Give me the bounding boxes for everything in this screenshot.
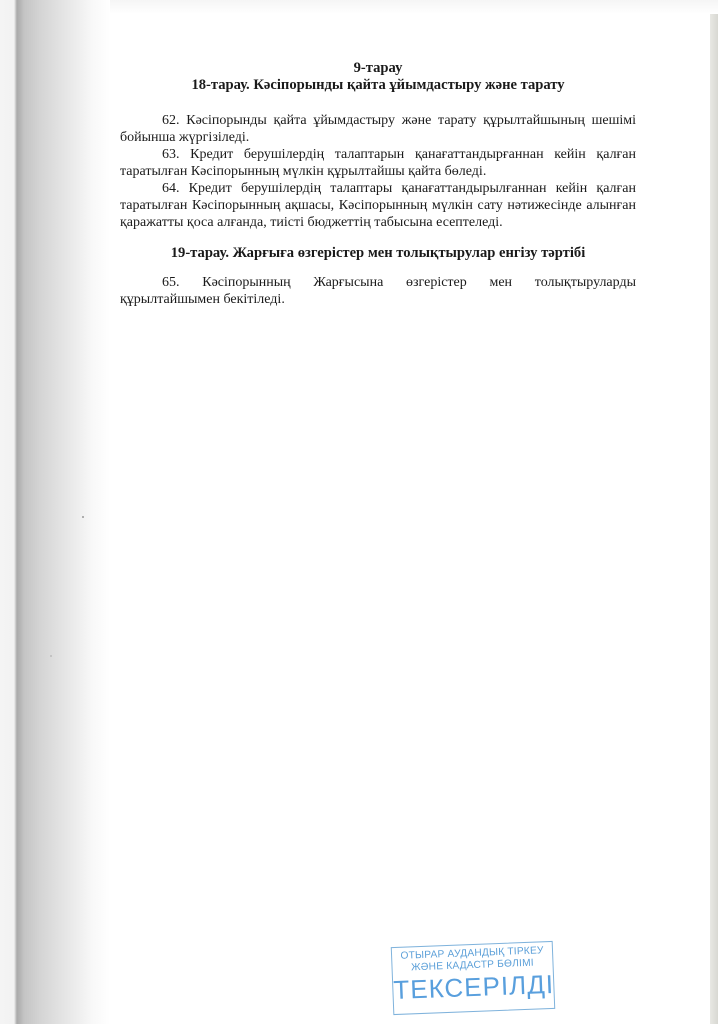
registration-stamp: ОТЫРАР АУДАНДЫҚ ТІРКЕУ ЖӘНЕ КАДАСТР БӨЛІ…: [391, 941, 555, 1015]
paragraph-65: 65. Кәсіпорынның Жарғысына өзгерістер ме…: [120, 274, 636, 308]
paragraph-62: 62. Кәсіпорынды қайта ұйымдастыру және т…: [120, 112, 636, 146]
spacer: [120, 94, 636, 112]
scan-speck: [82, 516, 84, 518]
document-page: 9-тарау 18-тарау. Кәсіпорынды қайта ұйым…: [120, 60, 636, 308]
spacer: [120, 262, 636, 274]
chapter-18-title: 18-тарау. Кәсіпорынды қайта ұйымдастыру …: [120, 77, 636, 94]
spacer: [120, 231, 636, 245]
scan-right-edge: [710, 14, 718, 1024]
scan-binding-shadow: [0, 0, 110, 1024]
chapter-19-title: 19-тарау. Жарғыға өзгерістер мен толықты…: [120, 245, 636, 262]
stamp-verified-label: ТЕКСЕРІЛДІ: [393, 969, 554, 1005]
scan-speck: [50, 655, 52, 657]
section-number: 9-тарау: [120, 60, 636, 77]
paragraph-63: 63. Кредит берушілердің талаптарын қанағ…: [120, 146, 636, 180]
paragraph-64: 64. Кредит берушілердің талаптары қанаға…: [120, 180, 636, 231]
